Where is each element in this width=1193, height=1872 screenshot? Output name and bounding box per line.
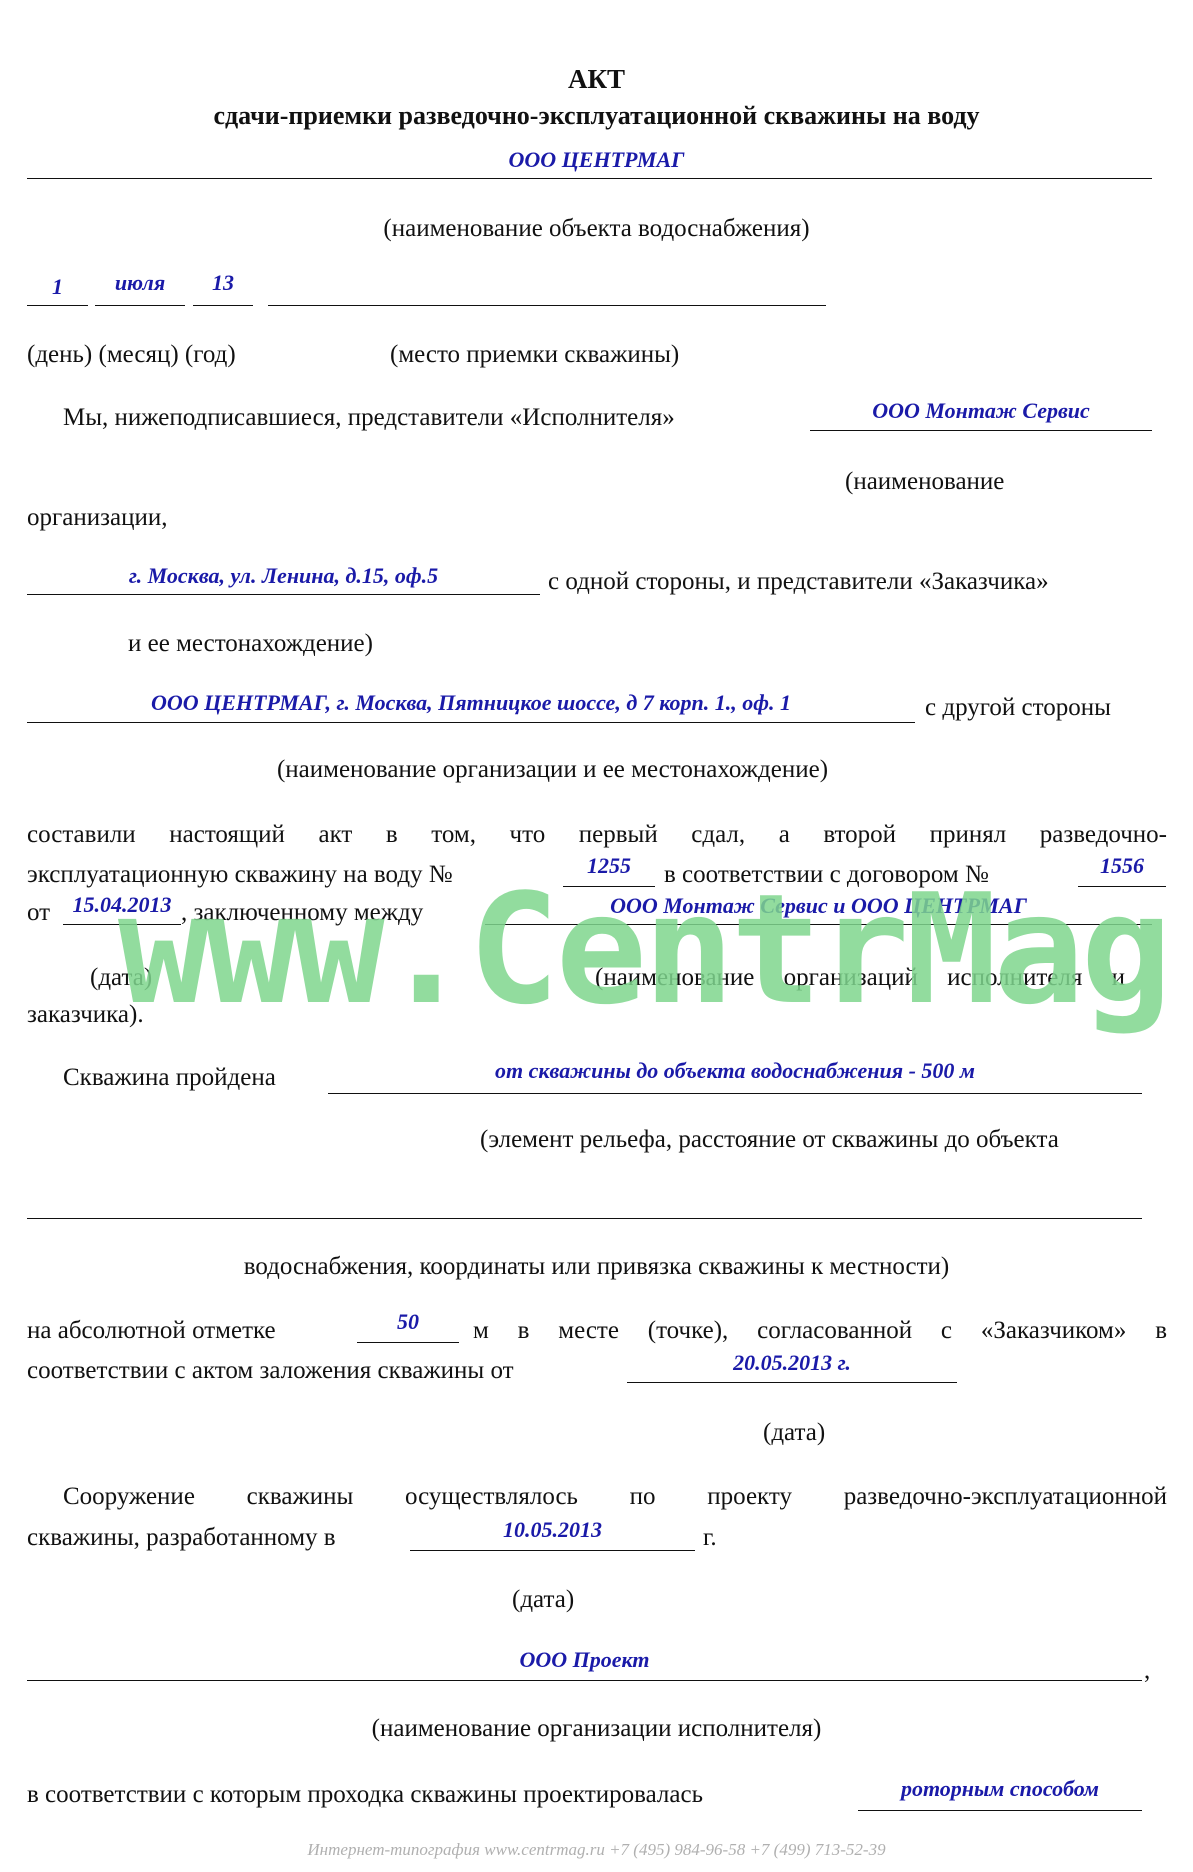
well-passed-line [328, 1093, 1142, 1094]
project-date-line [410, 1550, 695, 1551]
project-line-2a: скважины, разработанному в [27, 1523, 336, 1553]
statement-caption-parties-end: заказчика). [27, 1000, 144, 1030]
well-number-line [563, 886, 655, 887]
elevation-line [357, 1342, 459, 1343]
statement-line-2a: эксплуатационную скважину на воду № [27, 860, 453, 890]
statement-line-3a: от [27, 898, 50, 928]
customer-caption: (наименование организации и ее местонахо… [0, 755, 1105, 785]
place-caption: (место приемки скважины) [390, 340, 679, 370]
project-caption-date: (дата) [512, 1585, 574, 1615]
elevation-line-1b: м в месте (точке), согласованной с «Зака… [473, 1316, 1167, 1346]
project-org-comma: , [1144, 1656, 1150, 1686]
executor-address-line [27, 594, 540, 595]
executor-value[interactable]: ООО Монтаж Сервис [810, 398, 1152, 424]
parties-line [485, 924, 1152, 925]
contract-number-value[interactable]: 1556 [1078, 853, 1166, 879]
object-name-line [27, 178, 1152, 179]
customer-line [27, 722, 915, 723]
project-method-label: в соответствии с которым проходка скважи… [27, 1780, 703, 1810]
date-year-value[interactable]: 13 [193, 270, 253, 296]
date-day-value[interactable]: 1 [27, 274, 88, 300]
date-caption: (день) (месяц) (год) [27, 340, 236, 370]
statement-caption-date: (дата) [90, 963, 152, 993]
executor-caption-3: и ее местонахождение) [128, 629, 373, 659]
act-date-line [627, 1382, 957, 1383]
contract-number-line [1078, 886, 1166, 887]
project-org-caption: (наименование организации исполнителя) [0, 1714, 1193, 1744]
contract-date-value[interactable]: 15.04.2013 [63, 892, 181, 918]
elevation-line-1a: на абсолютной отметке [27, 1316, 276, 1346]
statement-line-2b: в соответствии с договором № [664, 860, 989, 890]
executor-caption-1: (наименование [845, 467, 1004, 497]
contract-date-line [63, 924, 181, 925]
executor-line [810, 430, 1152, 431]
document-title: АКТ [0, 64, 1193, 94]
project-method-value[interactable]: роторным способом [858, 1776, 1142, 1802]
footer-contacts: Интернет-типография www.centrmag.ru +7 (… [0, 1840, 1193, 1860]
well-passed-label: Скважина пройдена [63, 1063, 276, 1093]
project-line-2b: г. [703, 1523, 717, 1553]
place-line [268, 305, 826, 306]
project-date-value[interactable]: 10.05.2013 [410, 1517, 695, 1543]
customer-value[interactable]: ООО ЦЕНТРМАГ, г. Москва, Пятницкое шоссе… [27, 690, 915, 716]
customer-after: с другой стороны [925, 693, 1111, 723]
well-number-value[interactable]: 1255 [563, 853, 655, 879]
parties-value[interactable]: ООО Монтаж Сервис и ООО ЦЕНТРМАГ [485, 893, 1152, 919]
executor-address-value[interactable]: г. Москва, ул. Ленина, д.15, оф.5 [27, 563, 540, 589]
project-org-line [27, 1680, 1142, 1681]
elevation-line-2a: соответствии с актом заложения скважины … [27, 1356, 514, 1386]
date-month-value[interactable]: июля [95, 270, 185, 296]
statement-caption-parties: (наименование организаций исполнителя и [595, 963, 1125, 993]
act-date-value[interactable]: 20.05.2013 г. [627, 1350, 957, 1376]
well-passed-caption-1: (элемент рельефа, расстояние от скважины… [480, 1125, 1059, 1155]
project-line-1: Сооружение скважины осуществлялось по пр… [63, 1482, 1167, 1512]
date-month-line [95, 305, 185, 306]
elevation-value[interactable]: 50 [357, 1309, 459, 1335]
document-subtitle: сдачи-приемки разведочно-эксплуатационно… [0, 101, 1193, 131]
statement-line-3b: , заключенному между [181, 898, 423, 928]
well-passed-line-2 [27, 1218, 1142, 1219]
well-passed-caption-2: водоснабжения, координаты или привязка с… [0, 1252, 1193, 1282]
project-org-value[interactable]: ООО Проект [27, 1647, 1142, 1673]
object-name-value[interactable]: ООО ЦЕНТРМАГ [0, 147, 1193, 173]
elevation-caption-date: (дата) [763, 1418, 825, 1448]
project-method-line [858, 1810, 1142, 1811]
date-day-line [27, 305, 88, 306]
executor-intro: Мы, нижеподписавшиеся, представители «Ис… [63, 403, 675, 433]
date-year-line [193, 305, 253, 306]
object-name-caption: (наименование объекта водоснабжения) [0, 214, 1193, 244]
executor-caption-2: организации, [27, 503, 167, 533]
statement-line-1: составили настоящий акт в том, что первы… [27, 820, 1167, 850]
executor-after-address: с одной стороны, и представители «Заказч… [548, 567, 1049, 597]
well-passed-value[interactable]: от скважины до объекта водоснабжения - 5… [328, 1058, 1142, 1084]
